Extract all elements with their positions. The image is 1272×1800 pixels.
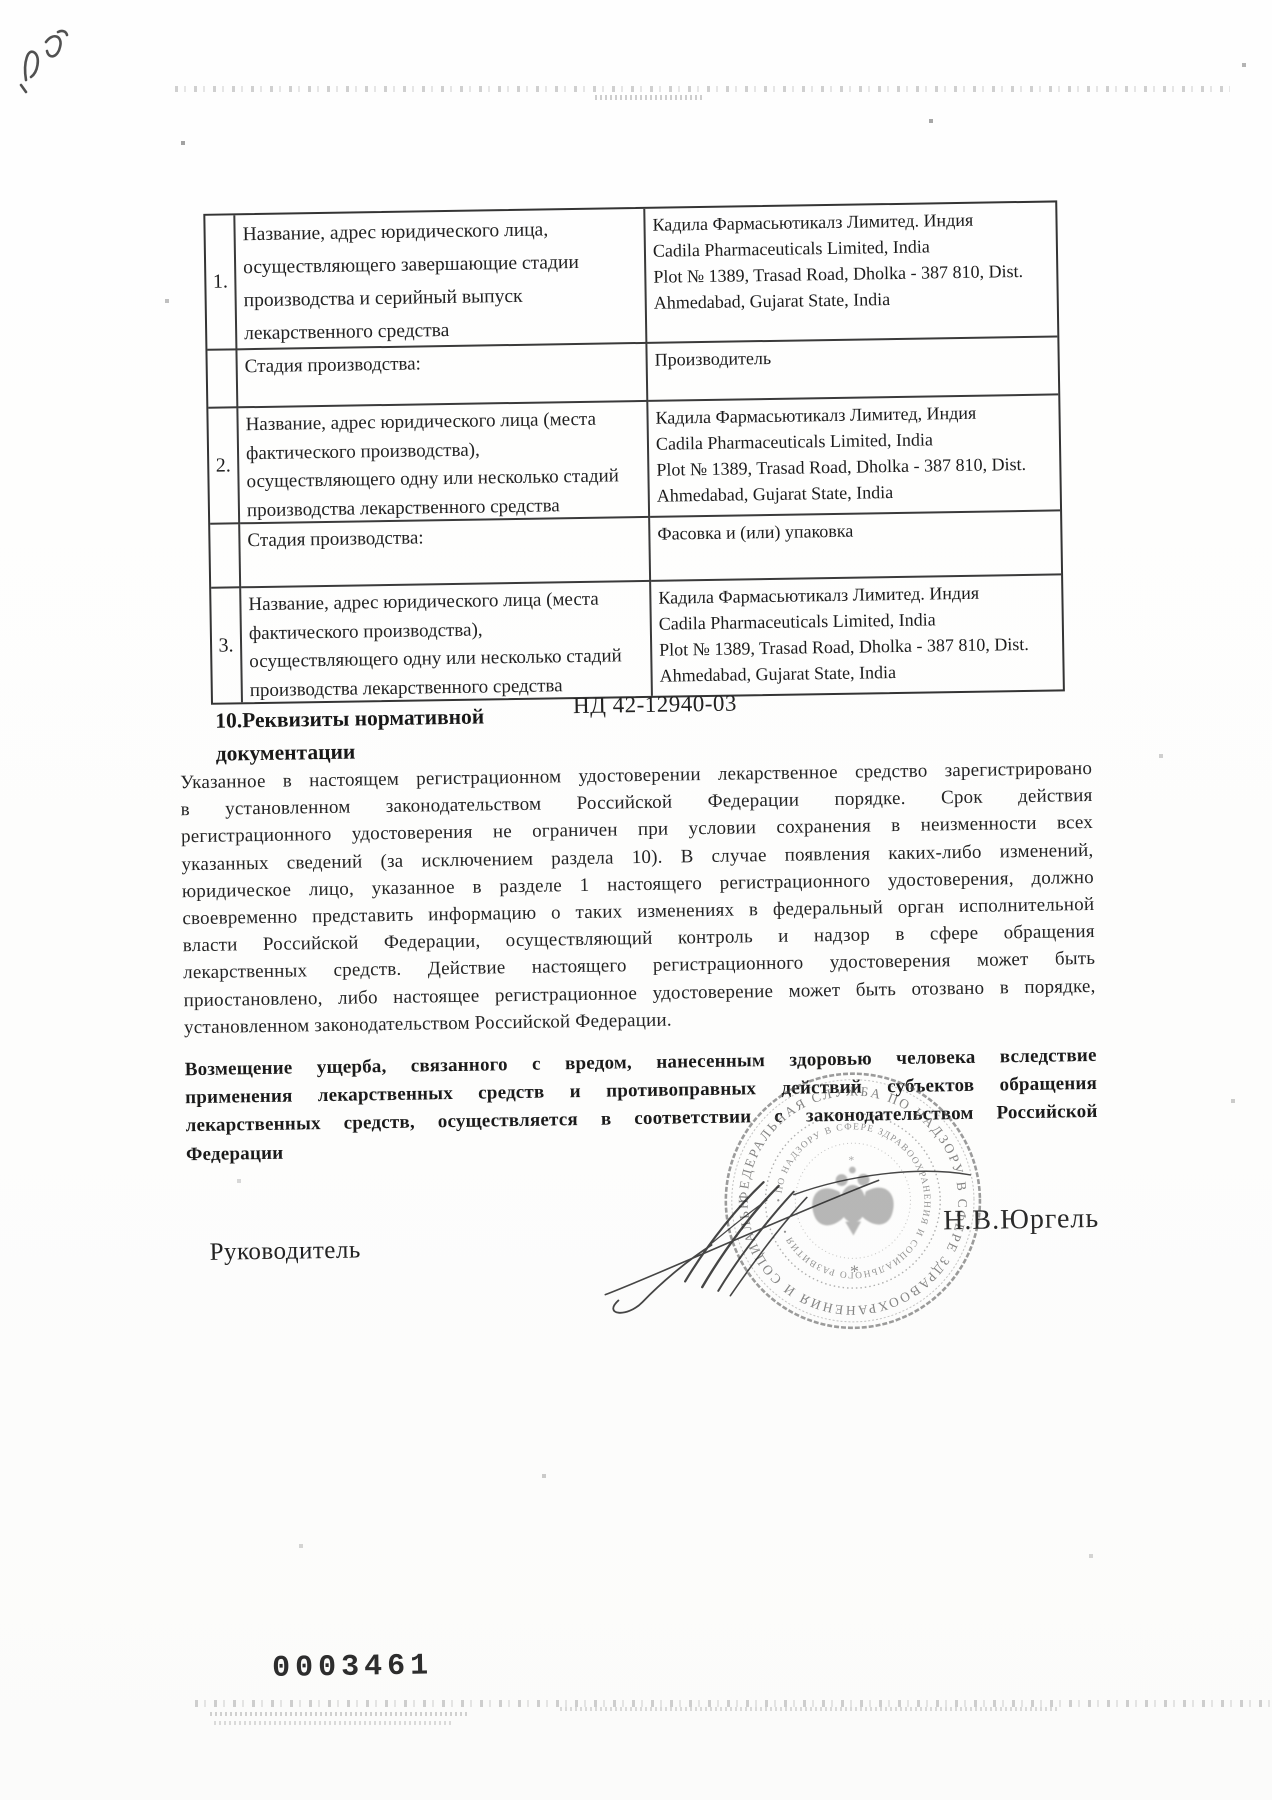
table-row-number bbox=[210, 524, 241, 588]
table-row-number: 1. bbox=[205, 215, 237, 350]
table-row-number: 3. bbox=[211, 588, 243, 702]
tilted-scan-content: 1. Название, адрес юридического лица, ос… bbox=[0, 0, 1272, 1800]
scanned-document-page: 1. Название, адрес юридического лица, ос… bbox=[0, 0, 1272, 1800]
table-label-cell: Название, адрес юридического лица, осуще… bbox=[235, 209, 647, 350]
table-label-cell: Название, адрес юридического лица (места… bbox=[238, 402, 650, 524]
signer-name: Н.В.Юргель bbox=[943, 1203, 1099, 1237]
table-value-cell: Фасовка и (или) упаковка bbox=[650, 511, 1061, 581]
scan-specks bbox=[0, 0, 2, 2]
table-value-cell: Производитель bbox=[647, 337, 1058, 401]
table-value-cell: Кадила Фармасьютикалз Лимитед, Индия Cad… bbox=[648, 395, 1060, 517]
table-row-number: 2. bbox=[208, 408, 240, 524]
signer-role-label: Руководитель bbox=[209, 1236, 361, 1266]
signature-scribble bbox=[588, 1117, 991, 1333]
table-row-number bbox=[207, 350, 238, 408]
table-label-cell: Название, адрес юридического лица (места… bbox=[241, 582, 653, 702]
table-label-cell: Стадия производства: bbox=[240, 518, 651, 588]
table-value-cell: Кадила Фармасьютикалз Лимитед. Индия Cad… bbox=[645, 202, 1057, 343]
manufacturer-table: 1. Название, адрес юридического лица, ос… bbox=[203, 200, 1065, 704]
form-serial-number: 0003461 bbox=[272, 1649, 434, 1686]
section10-normative-doc-number: НД 42-12940-03 bbox=[573, 691, 737, 720]
table-label-cell: Стадия производства: bbox=[237, 344, 648, 408]
registration-validity-paragraph: Указанное в настоящем регистрационном уд… bbox=[180, 758, 1096, 1044]
section10-heading: 10.Реквизиты нормативной документации bbox=[215, 700, 546, 771]
table-value-cell: Кадила Фармасьютикалз Лимитед. Индия Cad… bbox=[651, 575, 1063, 695]
